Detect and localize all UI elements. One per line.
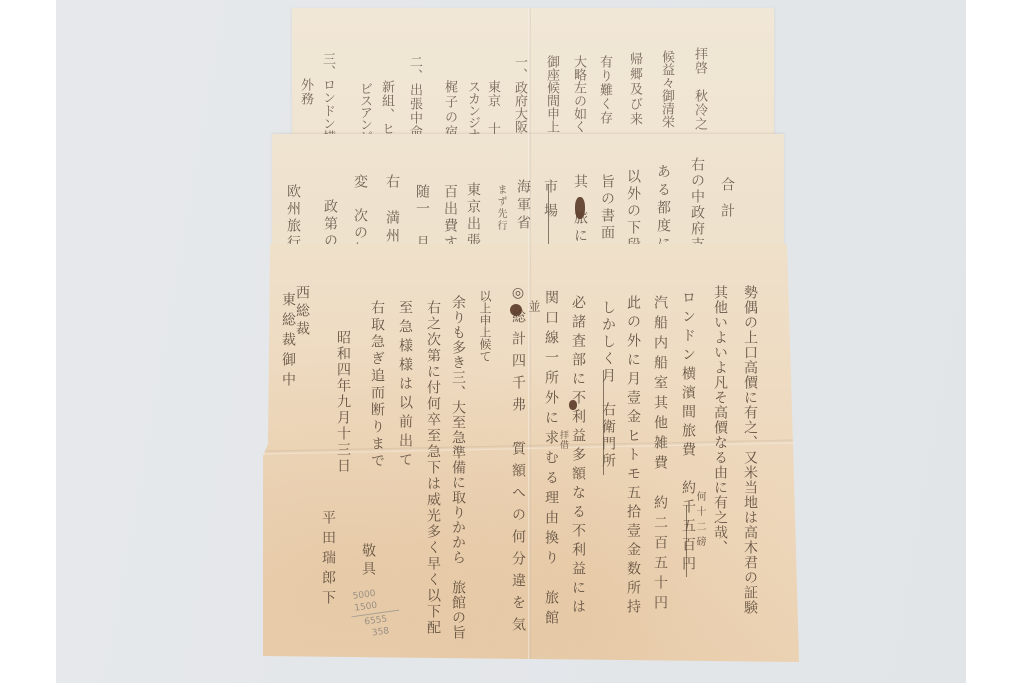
handwritten-column: 右 満州 [385,174,399,246]
steamer-cost-line: 汽船内船室其他雑費 約二百五十円 [653,295,667,615]
handwritten-column: 御座候間申上 [545,55,558,133]
handwritten-column: 新組、ヒ [380,80,393,136]
handwritten-column: 其他いよいよ凡そ高價なる由に有之哉、 [713,285,727,555]
handwritten-column: 勢偶の上口高價に有之、又米当地は高木君の証験 [743,285,757,615]
letter-signature: 平田瑞郎下 [321,510,335,610]
ink-blot [575,197,585,219]
handwritten-column: 候益々御清栄 [660,50,673,128]
handwritten-column: 余りも多き三、大至急準備に取りかから 旅館の旨 [451,295,465,640]
strikethrough-line [603,370,604,475]
handwritten-column: 外務 [299,78,312,106]
total-heading: 合計 [720,177,734,229]
handwritten-column: 至急様様は以前出て [398,300,412,471]
travel-cost-line: ロンドン横濱間旅費 約千五百円 [681,290,695,575]
handwritten-column: 右之次第に付何卒至急下は威光多く早く以下配 [426,300,440,636]
strikethrough-line [548,184,549,246]
ink-blot [569,400,577,410]
handwritten-column: 大略左の如く [572,55,585,133]
handwritten-column: 海軍省 [516,179,530,233]
handwritten-column: ある都度に [656,164,670,254]
handwritten-column: 政第の [323,199,337,250]
letter-date: 昭和四年九月十三日 [336,330,350,474]
handwritten-column: 東京出張 [466,182,480,250]
handwritten-column: 必諸査部に不利益多額なる不利益には [571,295,585,618]
section-three-heading: 三、ロンドン横 [321,52,334,143]
margin-annotation: 何十二磅 [694,491,704,551]
handwritten-column: 右取急ぎ追而断りまで [370,300,384,470]
handwritten-column: 以外の下段 [626,169,640,254]
pencil-calculation: 5000 1500 6555 358 [352,585,403,642]
handwritten-column: 並 [528,300,540,312]
handwritten-column: 梶子の宿 [443,80,456,140]
handwritten-column: 拝啓 秋冷之 [693,47,706,131]
section-one-heading: 一、政府大阪府 [513,55,526,146]
handwritten-column: ビスアンピ [358,82,371,142]
handwritten-column: 随一 月 [415,184,429,252]
letter-sheet-bottom: 勢偶の上口高價に有之、又米当地は高木君の証験 其他いよいよ凡そ高價なる由に有之哉… [263,244,799,662]
handwritten-column: 百出費す [443,184,457,252]
handwritten-column: 此の外に月壹金ヒトモ五拾壹金数所持 [626,295,640,618]
ink-blot [510,304,522,316]
letter-closing: 敬具 [361,543,375,579]
handwritten-column: 市場 [543,179,557,227]
margin-annotation: 拝借 [558,430,567,450]
grand-total-line: ◎総計四千弗 質額への何分違を気 [511,285,525,639]
strikethrough-line [686,505,687,577]
handwritten-column: 欧州旅行 [286,184,300,252]
handwritten-column: 帰郷及び来 [628,52,641,127]
handwritten-column: 有り難く存 [598,55,611,125]
letter-addressee: 東総裁御中 [281,292,295,392]
handwritten-column: まず先行 [495,184,505,232]
handwritten-column: 関口線一所外に求むる理由換り 旅館 [544,290,558,630]
handwritten-column: 以上申上候て [479,290,491,362]
letter-addressee: 西総裁 [295,285,309,339]
section-two-heading: 二、出張中命 [408,55,421,139]
